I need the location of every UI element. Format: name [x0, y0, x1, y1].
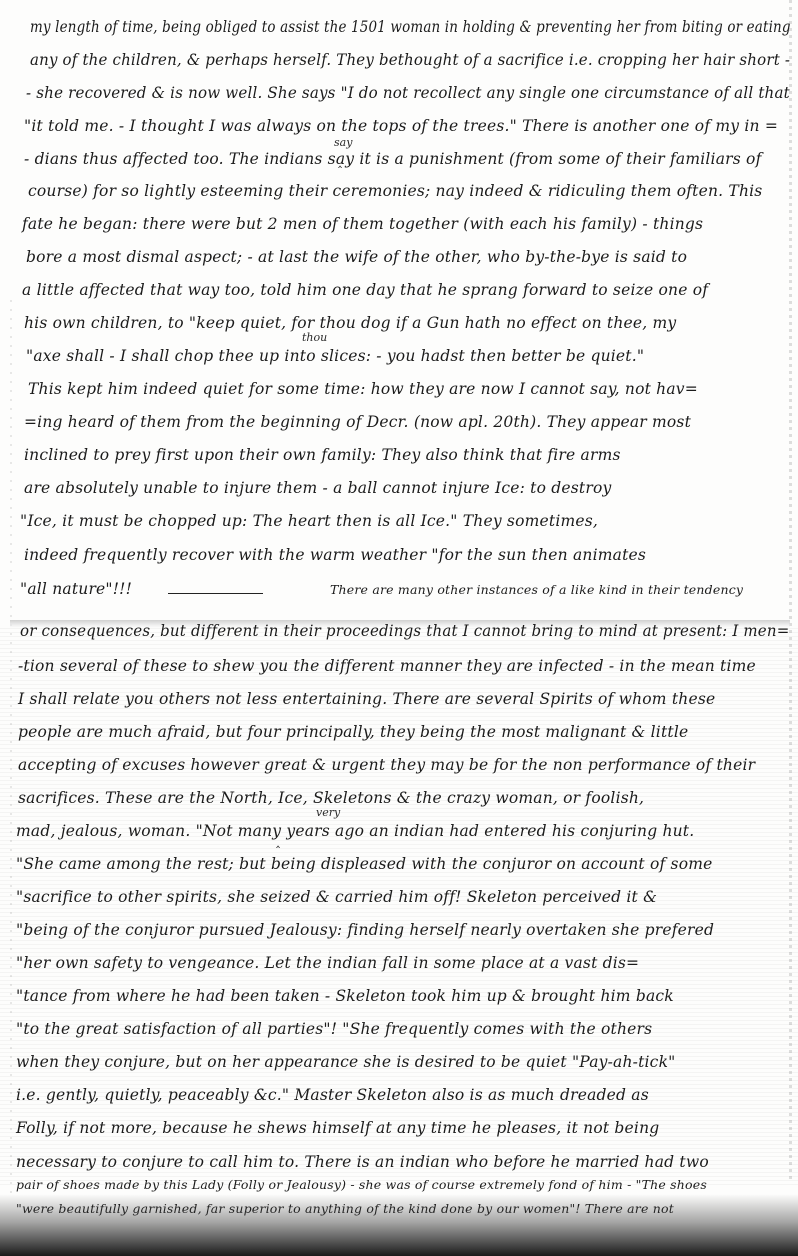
manuscript-line: "all nature"!!!	[20, 580, 132, 598]
page-bottom-shadow	[0, 1194, 798, 1256]
manuscript-line: Folly, if not more, because he shews him…	[16, 1119, 659, 1137]
manuscript-line: his own children, to "keep quiet, for th…	[24, 314, 676, 332]
manuscript-line: my length of time, being obliged to assi…	[30, 18, 791, 36]
manuscript-line: =ing heard of them from the beginning of…	[24, 413, 691, 431]
manuscript-line: "to the great satisfaction of all partie…	[16, 1020, 652, 1038]
insertion-caret-icon: ‸	[276, 834, 280, 848]
manuscript-line: a little affected that way too, told him…	[22, 281, 708, 299]
manuscript-line: "her own safety to vengeance. Let the in…	[16, 954, 639, 972]
manuscript-line: -tion several of these to shew you the d…	[18, 657, 756, 675]
manuscript-line: "it told me. - I thought I was always on…	[24, 117, 778, 135]
manuscript-line: accepting of excuses however great & urg…	[18, 756, 755, 774]
manuscript-line: This kept him indeed quiet for some time…	[28, 380, 698, 398]
manuscript-line: necessary to conjure to call him to. The…	[16, 1153, 709, 1171]
manuscript-line: when they conjure, but on her appearance…	[16, 1053, 676, 1071]
interlinear-insertion: very	[316, 806, 340, 819]
manuscript-line: "Ice, it must be chopped up: The heart t…	[20, 512, 598, 530]
manuscript-line: are absolutely unable to injure them - a…	[24, 479, 611, 497]
manuscript-line: I shall relate you others not less enter…	[18, 690, 715, 708]
manuscript-line: mad, jealous, woman. "Not many years ago…	[16, 822, 694, 840]
interlinear-insertion: thou	[302, 331, 327, 344]
manuscript-line: sacrifices. These are the North, Ice, Sk…	[18, 789, 644, 807]
manuscript-page: my length of time, being obliged to assi…	[0, 0, 798, 1256]
manuscript-line: bore a most dismal aspect; - at last the…	[26, 248, 687, 266]
manuscript-line: indeed frequently recover with the warm …	[24, 546, 646, 564]
manuscript-line: There are many other instances of a like…	[330, 582, 743, 597]
insertion-caret-icon: ‸	[338, 154, 342, 168]
manuscript-line: course) for so lightly esteeming their c…	[28, 182, 762, 200]
manuscript-line: fate he began: there were but 2 men of t…	[22, 215, 703, 233]
manuscript-line: people are much afraid, but four princip…	[18, 723, 688, 741]
manuscript-line: i.e. gently, quietly, peaceably &c." Mas…	[16, 1086, 649, 1104]
manuscript-line: any of the children, & perhaps herself. …	[30, 51, 790, 69]
manuscript-line: - dians thus affected too. The indians s…	[24, 150, 762, 168]
manuscript-line: - she recovered & is now well. She says …	[26, 84, 790, 102]
manuscript-line: "She came among the rest; but being disp…	[16, 855, 713, 873]
manuscript-line: pair of shoes made by this Lady (Folly o…	[16, 1177, 707, 1192]
manuscript-line: inclined to prey first upon their own fa…	[24, 446, 621, 464]
interlinear-insertion: say	[334, 136, 352, 149]
manuscript-line: or consequences, but different in their …	[20, 622, 789, 640]
manuscript-line: "axe shall - I shall chop thee up into s…	[26, 347, 644, 365]
manuscript-line: "being of the conjuror pursued Jealousy:…	[16, 921, 714, 939]
manuscript-line: "sacrifice to other spirits, she seized …	[16, 888, 657, 906]
manuscript-line: "tance from where he had been taken - Sk…	[16, 987, 674, 1005]
flourish-rule	[168, 593, 263, 594]
paper-texture	[0, 628, 798, 1188]
